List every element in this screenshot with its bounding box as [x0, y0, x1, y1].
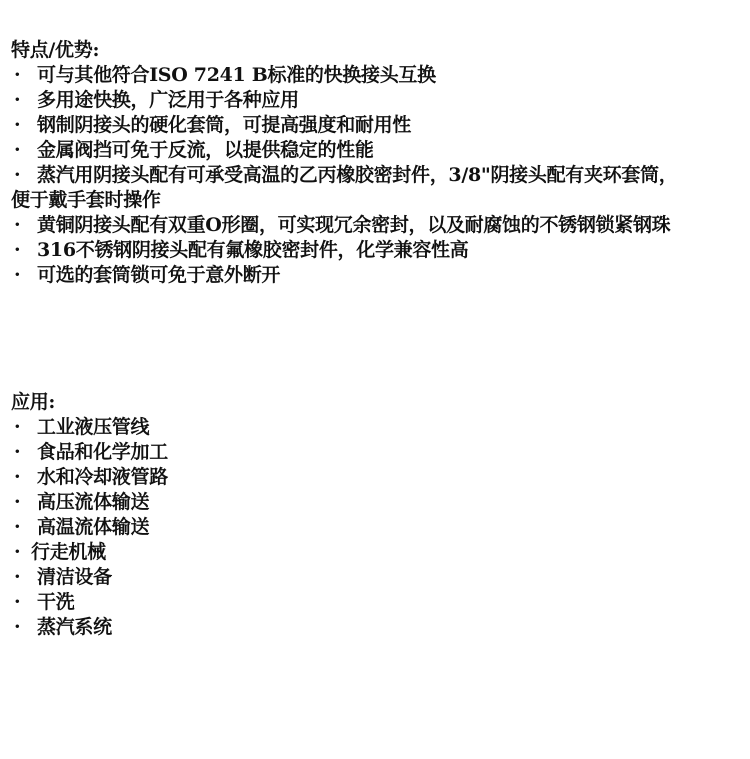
feature-item: ·可选的套筒锁可免于意外断开 — [11, 263, 750, 288]
application-text: 工业液压管线 — [37, 416, 149, 438]
bullet-icon: · — [11, 440, 37, 465]
application-item: ·高温流体输送 — [11, 515, 750, 540]
application-item: ·工业液压管线 — [11, 415, 750, 440]
bullet-icon: · — [11, 88, 37, 113]
bullet-icon: · — [11, 63, 37, 88]
application-text: 水和冷却液管路 — [37, 466, 168, 488]
bullet-icon: · — [11, 138, 37, 163]
application-item: ·高压流体输送 — [11, 490, 750, 515]
application-text: 清洁设备 — [37, 566, 112, 588]
feature-text: 多用途快换，广泛用于各种应用 — [37, 89, 299, 111]
application-text: 蒸汽系统 — [37, 616, 112, 638]
application-item: ·食品和化学加工 — [11, 440, 750, 465]
bullet-icon: · — [11, 540, 31, 565]
feature-item: ·316不锈钢阴接头配有氟橡胶密封件，化学兼容性高 — [11, 238, 750, 263]
bullet-icon: · — [11, 415, 37, 440]
application-item: ·水和冷却液管路 — [11, 465, 750, 490]
application-item: ·干洗 — [11, 590, 750, 615]
bullet-icon: · — [11, 113, 37, 138]
application-text: 行走机械 — [31, 541, 106, 563]
application-text: 干洗 — [37, 591, 74, 613]
feature-text: 316不锈钢阴接头配有氟橡胶密封件，化学兼容性高 — [37, 239, 468, 261]
application-item: ·蒸汽系统 — [11, 615, 750, 640]
feature-item: ·钢制阴接头的硬化套筒，可提高强度和耐用性 — [11, 113, 750, 138]
feature-text: 钢制阴接头的硬化套筒，可提高强度和耐用性 — [37, 114, 411, 136]
product-description: 特点/优势: ·可与其他符合ISO 7241 B标准的快换接头互换 ·多用途快换… — [11, 38, 750, 640]
section-spacer — [11, 288, 750, 390]
applications-heading: 应用: — [11, 390, 750, 415]
feature-text: 可选的套筒锁可免于意外断开 — [37, 264, 280, 286]
application-item: ·行走机械 — [11, 540, 750, 565]
bullet-icon: · — [11, 565, 37, 590]
bullet-icon: · — [11, 263, 37, 288]
feature-text: 金属阀挡可免于反流，以提供稳定的性能 — [37, 139, 374, 161]
feature-text: 可与其他符合ISO 7241 B标准的快换接头互换 — [37, 64, 436, 86]
feature-item: ·蒸汽用阴接头配有可承受高温的乙丙橡胶密封件，3/8"阴接头配有夹环套筒， — [11, 163, 750, 188]
features-heading: 特点/优势: — [11, 38, 750, 63]
application-item: ·清洁设备 — [11, 565, 750, 590]
bullet-icon: · — [11, 238, 37, 263]
bullet-icon: · — [11, 213, 37, 238]
application-text: 高压流体输送 — [37, 491, 149, 513]
feature-text: 黄铜阴接头配有双重O形圈，可实现冗余密封，以及耐腐蚀的不锈钢锁紧钢珠 — [37, 214, 670, 236]
bullet-icon: · — [11, 515, 37, 540]
bullet-icon: · — [11, 490, 37, 515]
features-list: ·可与其他符合ISO 7241 B标准的快换接头互换 ·多用途快换，广泛用于各种… — [11, 63, 750, 288]
feature-item: ·金属阀挡可免于反流，以提供稳定的性能 — [11, 138, 750, 163]
bullet-icon: · — [11, 163, 37, 188]
bullet-icon: · — [11, 615, 37, 640]
feature-item: ·黄铜阴接头配有双重O形圈，可实现冗余密封，以及耐腐蚀的不锈钢锁紧钢珠 — [11, 213, 750, 238]
feature-text: 蒸汽用阴接头配有可承受高温的乙丙橡胶密封件，3/8"阴接头配有夹环套筒， — [37, 164, 677, 186]
feature-item-continuation: 便于戴手套时操作 — [11, 188, 750, 213]
application-text: 高温流体输送 — [37, 516, 149, 538]
bullet-icon: · — [11, 465, 37, 490]
feature-item: ·可与其他符合ISO 7241 B标准的快换接头互换 — [11, 63, 750, 88]
applications-list: ·工业液压管线 ·食品和化学加工 ·水和冷却液管路 ·高压流体输送 ·高温流体输… — [11, 415, 750, 640]
application-text: 食品和化学加工 — [37, 441, 168, 463]
bullet-icon: · — [11, 590, 37, 615]
feature-item: ·多用途快换，广泛用于各种应用 — [11, 88, 750, 113]
